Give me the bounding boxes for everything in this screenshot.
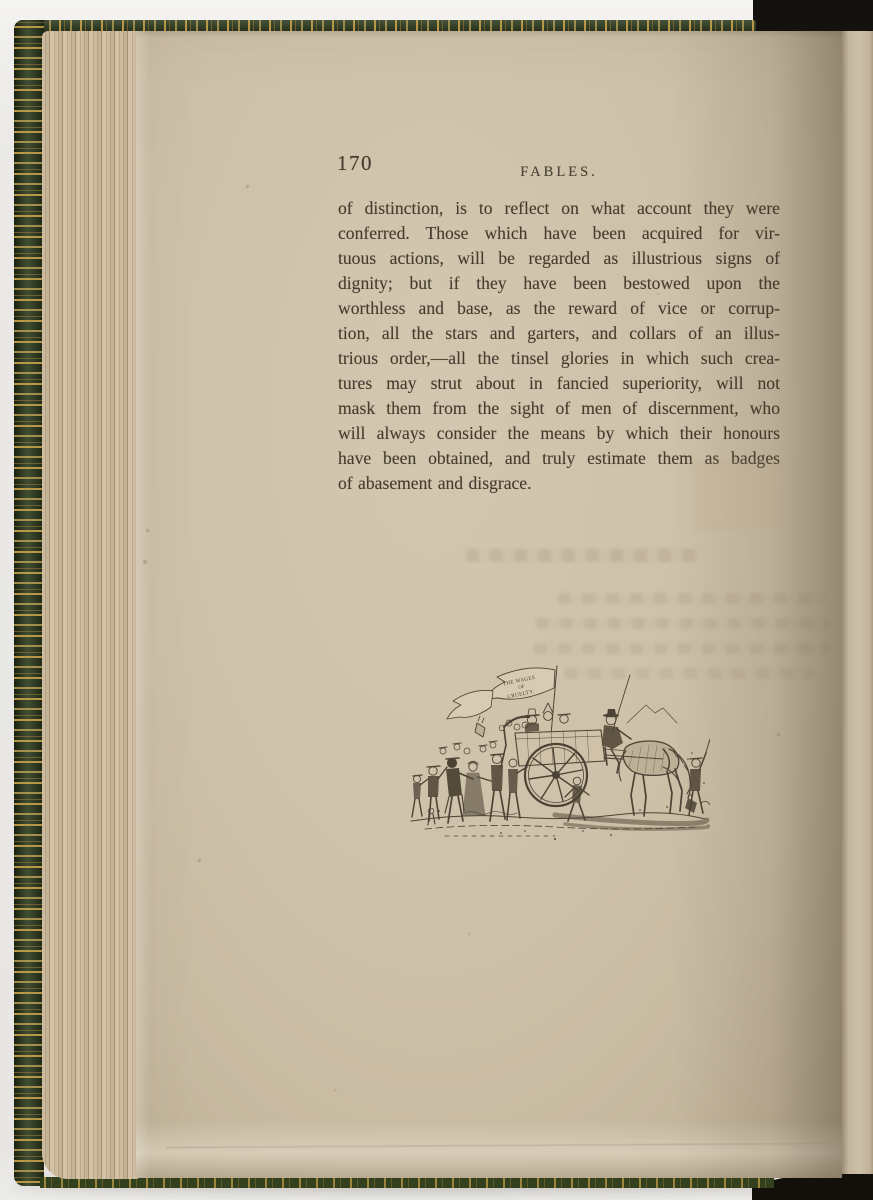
foxing-spot (198, 859, 201, 862)
horse-figure (605, 741, 697, 816)
body-line: worthless and base, as the reward of vic… (338, 296, 780, 321)
cover-bottom-edge (40, 1177, 774, 1188)
body-text: of distinction, is to reflect on what ac… (338, 196, 780, 496)
page-fore-edges (42, 31, 138, 1179)
book-page: 170 FABLES. of distinction, is to reflec… (136, 31, 842, 1178)
body-line: conferred. Those which have been acquire… (338, 221, 780, 246)
body-line: trious order,—all the tinsel glories in … (338, 346, 780, 371)
body-line: mask them from the sight of men of disce… (338, 396, 780, 421)
body-line: of distinction, is to reflect on what ac… (338, 196, 780, 221)
crowd-figures (412, 716, 529, 825)
running-header: FABLES. (338, 164, 780, 181)
foxing-spot (143, 560, 147, 564)
foxing-spot (146, 529, 149, 532)
scanned-book-photo: 170 FABLES. of distinction, is to reflec… (0, 0, 873, 1200)
plate-impression (692, 459, 784, 531)
rear-figures (687, 739, 710, 815)
show-through-line (558, 593, 824, 604)
cart-passengers (499, 703, 570, 732)
show-through-line (534, 643, 830, 654)
foxing-spot (657, 293, 659, 295)
drivers-goad (612, 675, 630, 733)
foxing-spot (246, 185, 249, 188)
banner-flag: THE WAGES OF CRUELTY. (447, 666, 557, 735)
mountain-outline (627, 705, 677, 723)
body-line: dignity; but if they have been bestowed … (338, 271, 780, 296)
show-through-line (536, 618, 828, 629)
page-crease (166, 1143, 834, 1148)
foxing-spot (468, 933, 470, 935)
foxing-spot (334, 1089, 336, 1091)
body-line: tures may strut about in fancied superio… (338, 371, 780, 396)
body-line: tuous actions, will be regarded as illus… (338, 246, 780, 271)
body-line: will always consider the means by which … (338, 421, 780, 446)
show-through-heading (466, 549, 698, 562)
gutter-next-page (842, 31, 873, 1174)
foxing-spot (777, 733, 780, 736)
engraving-illustration: THE WAGES OF CRUELTY. (405, 663, 710, 845)
body-line: tion, all the stars and garters, and col… (338, 321, 780, 346)
cover-spine-edge (14, 20, 44, 1186)
